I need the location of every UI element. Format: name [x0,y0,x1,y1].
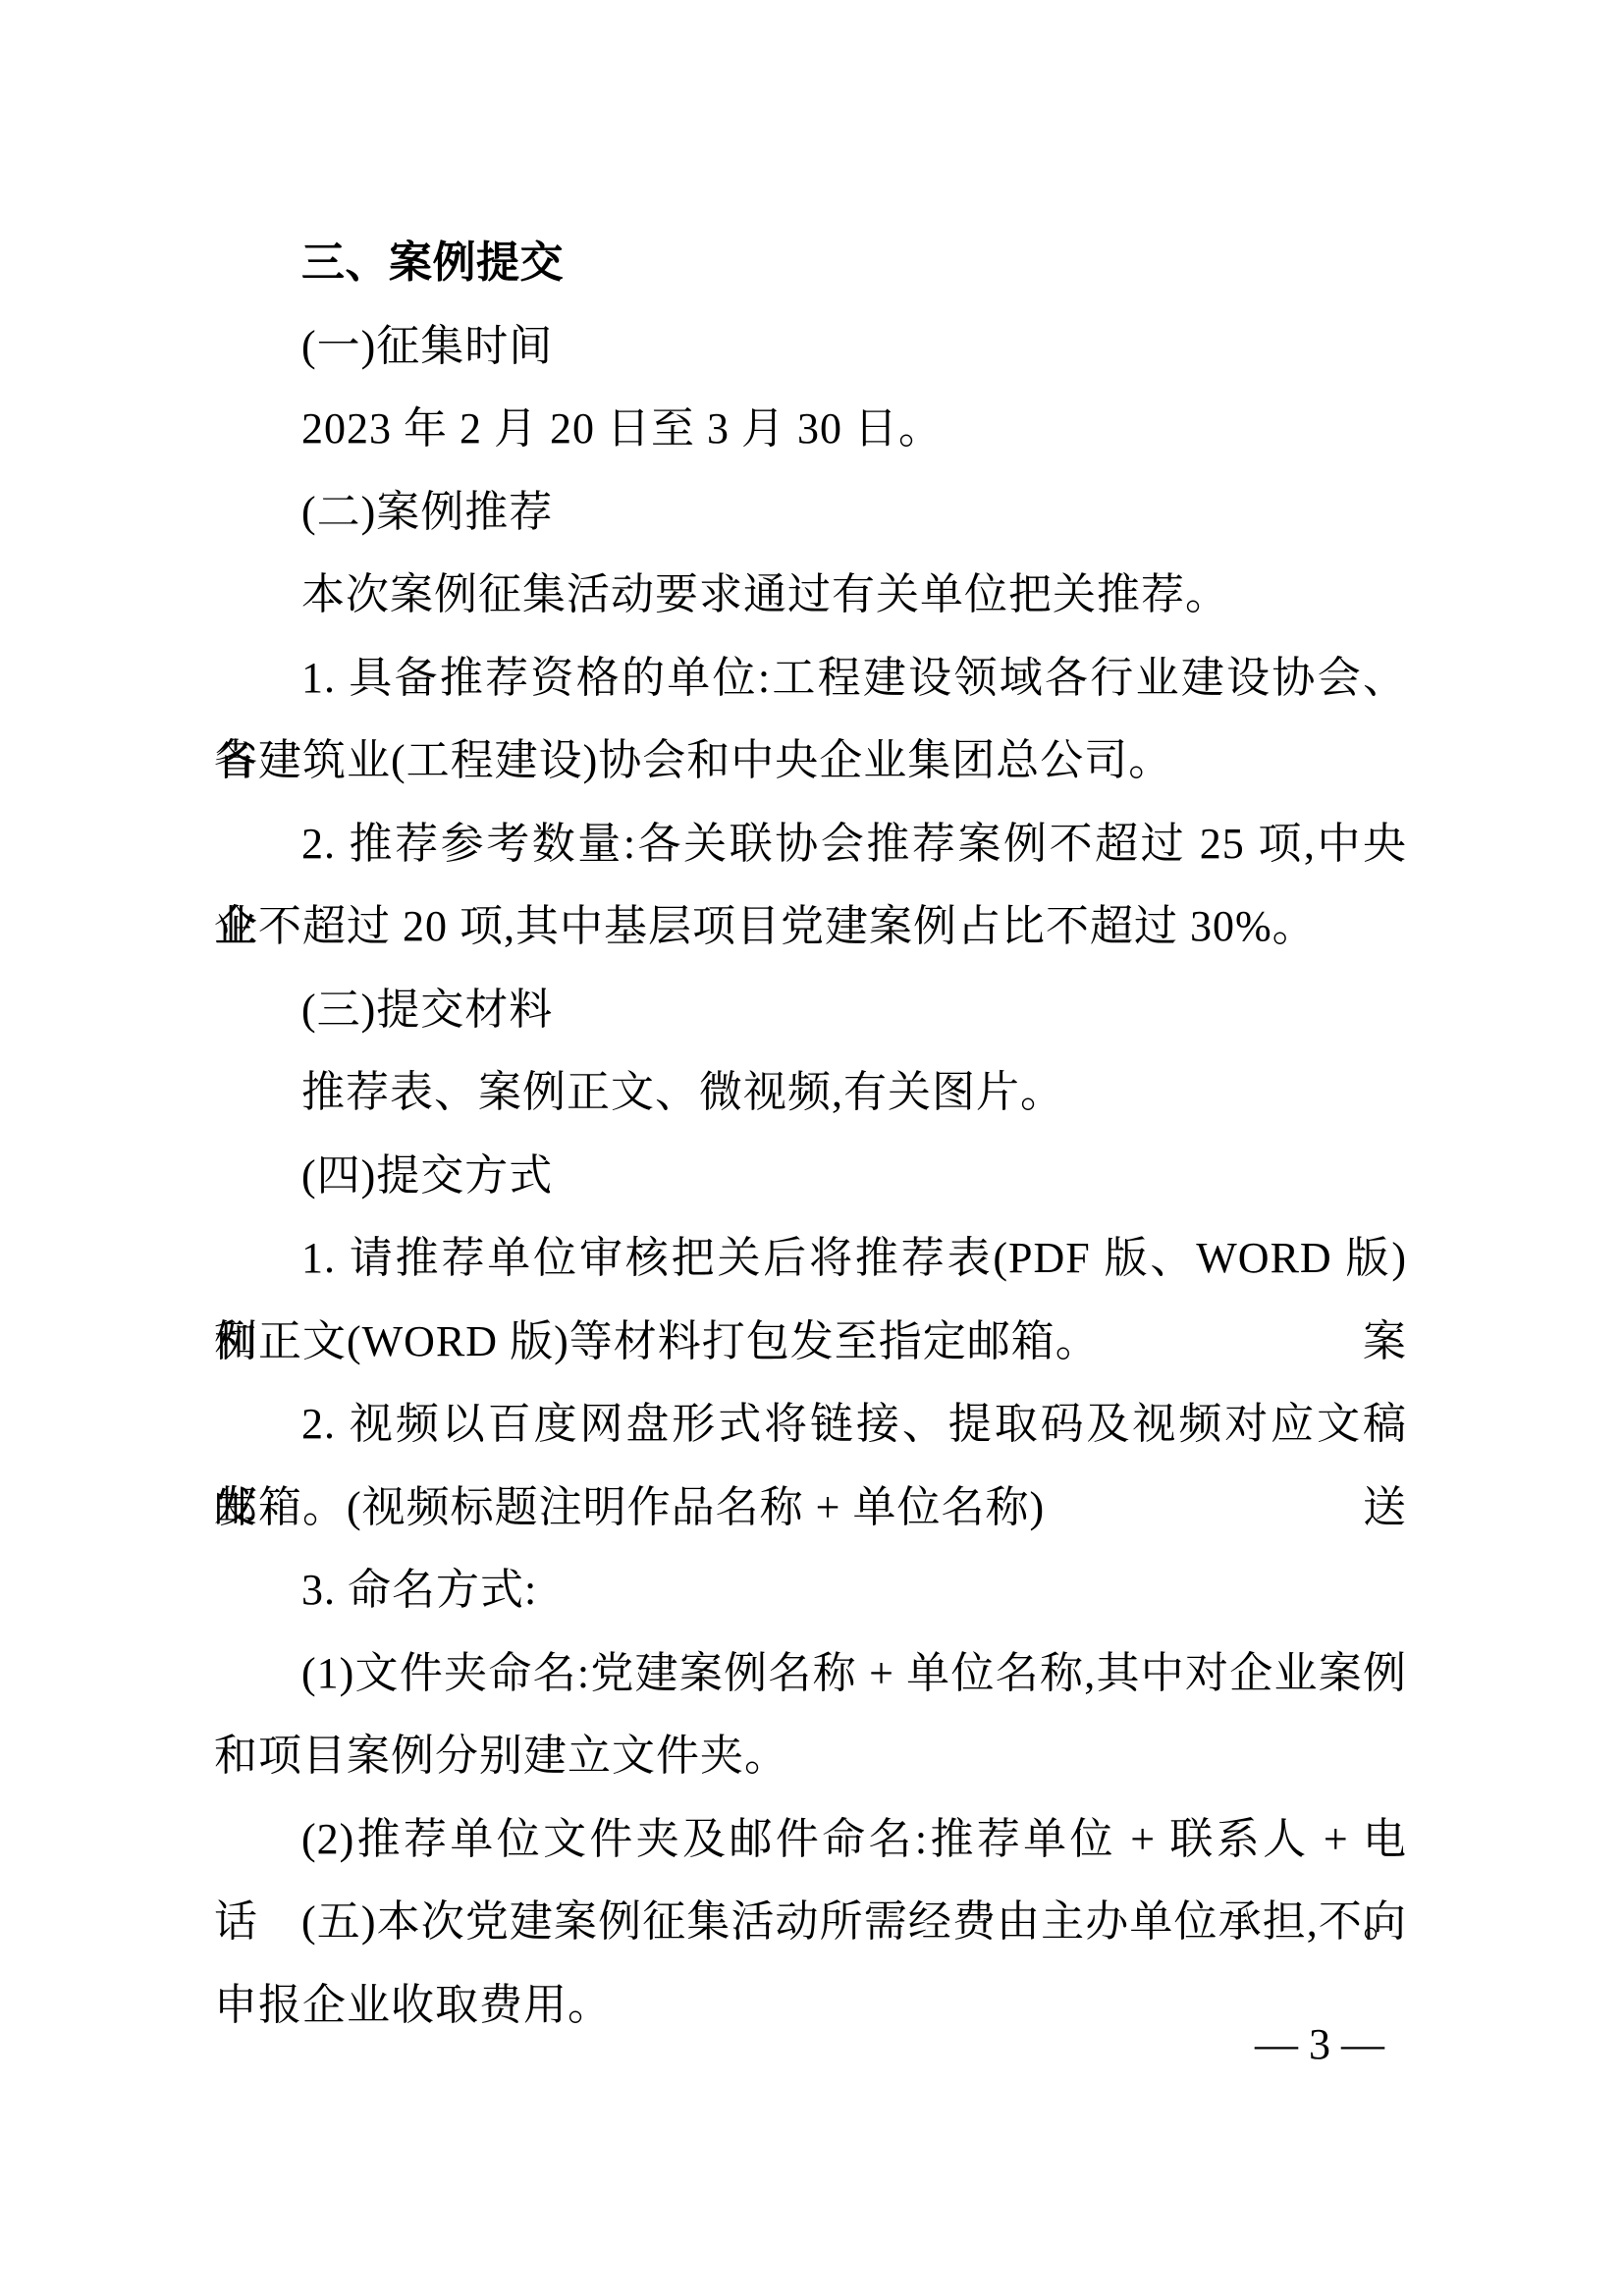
text-line: (1)文件夹命名:党建案例名称 + 单位名称,其中对企业案例 [214,1632,1407,1716]
text-line: (一)征集时间 [214,305,1407,389]
text-line: 和项目案例分别建立文件夹。 [214,1715,1407,1798]
text-line: 推荐表、案例正文、微视频,有关图片。 [214,1051,1407,1135]
text-line: 2023 年 2 月 20 日至 3 月 30 日。 [214,388,1407,471]
text-line: (五)本次党建案例征集活动所需经费由主办单位承担,不向 [214,1881,1407,1964]
text-line: 申报企业收取费用。 [214,1964,1407,2048]
text-line: (四)提交方式 [214,1135,1407,1218]
document-page: 三、案例提交(一)征集时间2023 年 2 月 20 日至 3 月 30 日。(… [0,0,1623,2296]
text-line: 3. 命名方式: [214,1549,1407,1632]
section-heading: 三、案例提交 [214,222,1407,305]
text-line: 1. 具备推荐资格的单位:工程建设领域各行业建设协会、各 [214,637,1407,721]
text-line: 本次案例征集活动要求通过有关单位把关推荐。 [214,554,1407,637]
text-line: 业不超过 20 项,其中基层项目党建案例占比不超过 30%。 [214,885,1407,969]
page-number: — 3 — [1255,2023,1384,2066]
text-line: (二)案例推荐 [214,471,1407,555]
text-line: 省建筑业(工程建设)协会和中央企业集团总公司。 [214,720,1407,803]
text-line: 2. 推荐参考数量:各关联协会推荐案例不超过 25 项,中央企 [214,803,1407,886]
text-line: 1. 请推荐单位审核把关后将推荐表(PDF 版、WORD 版)和案 [214,1217,1407,1301]
text-line: (三)提交材料 [214,969,1407,1052]
text-line: (2)推荐单位文件夹及邮件命名:推荐单位 + 联系人 + 电话。 [214,1798,1407,1882]
document-body: 三、案例提交(一)征集时间2023 年 2 月 20 日至 3 月 30 日。(… [214,222,1407,2047]
text-line: 2. 视频以百度网盘形式将链接、提取码及视频对应文稿发送 [214,1383,1407,1467]
